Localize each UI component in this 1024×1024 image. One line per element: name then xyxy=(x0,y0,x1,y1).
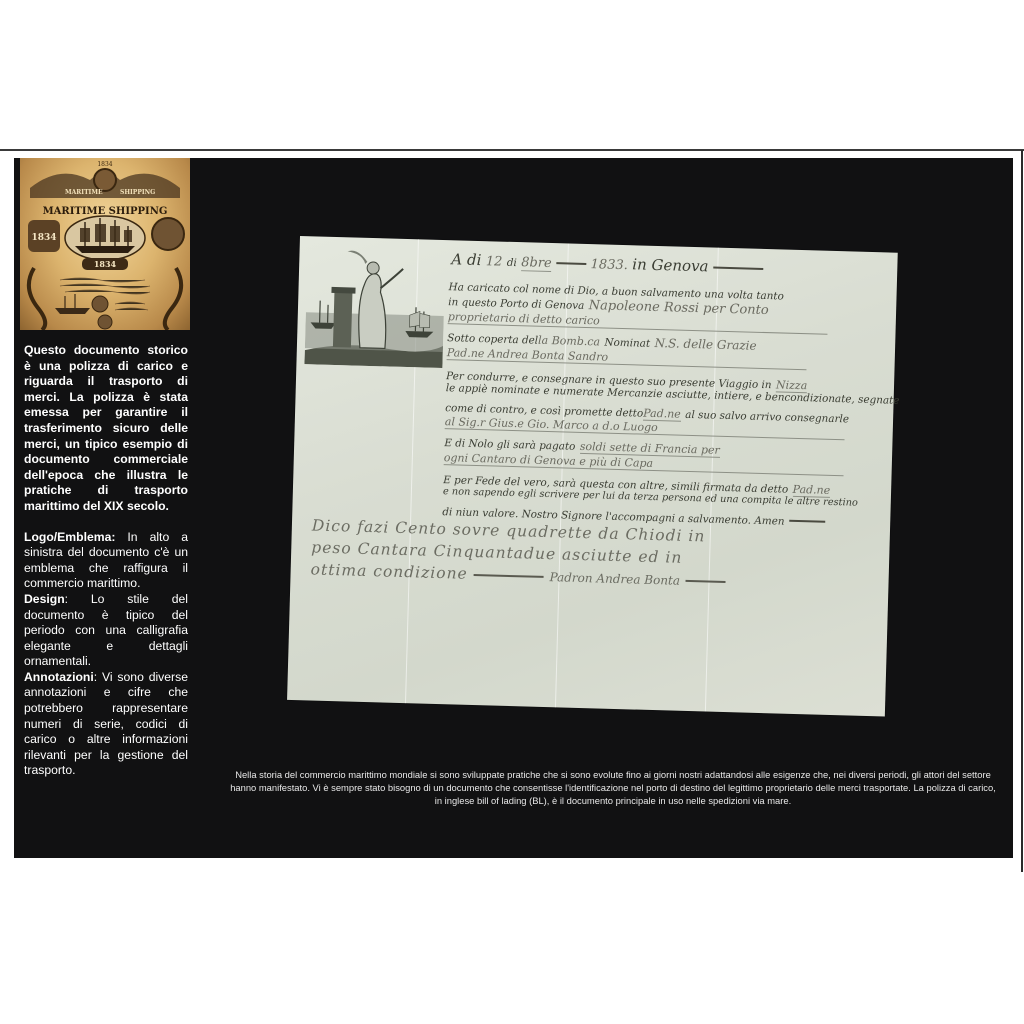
maritime-emblem-image: 1834 MARITIME SHIPPING MARITIME SHIPPING… xyxy=(20,158,190,330)
sidebar-item-label: Logo/Emblema: xyxy=(24,530,115,544)
bottom-caption: Nella storia del commercio marittimo mon… xyxy=(228,768,998,807)
sidebar-item-text: : Vi sono diverse annotazioni e cifre ch… xyxy=(24,670,188,778)
sidebar-item-logo: Logo/Emblema: In alto a sinistra del doc… xyxy=(24,530,188,592)
sidebar-item-label: Design xyxy=(24,592,65,606)
document-date-line: A di 12 di 8bre 1833. in Genova xyxy=(451,250,763,278)
svg-text:1834: 1834 xyxy=(94,259,117,269)
bill-of-lading-document: A di 12 di 8bre 1833. in Genova Ha caric… xyxy=(287,236,898,717)
signature: Padron Andrea Bonta xyxy=(549,570,680,588)
svg-text:1834: 1834 xyxy=(31,233,56,243)
sidebar-item-annotations: Annotazioni: Vi sono diverse annotazioni… xyxy=(24,670,188,779)
sidebar-item-label: Annotazioni xyxy=(24,670,94,684)
sidebar-intro: Questo documento storico è una polizza d… xyxy=(24,343,188,515)
ship-emblem-icon: 1834 MARITIME SHIPPING MARITIME SHIPPING… xyxy=(20,158,190,330)
page-top-rule xyxy=(0,149,1024,151)
svg-text:MARITIME: MARITIME xyxy=(65,189,103,196)
svg-text:1834: 1834 xyxy=(97,161,112,168)
sidebar-description: Questo documento storico è una polizza d… xyxy=(24,343,188,779)
allegory-vignette-icon xyxy=(304,242,445,368)
page-right-rule xyxy=(1021,150,1023,872)
svg-text:SHIPPING: SHIPPING xyxy=(120,189,155,196)
sidebar-item-design: Design: Lo stile del documento è tipico … xyxy=(24,592,188,670)
